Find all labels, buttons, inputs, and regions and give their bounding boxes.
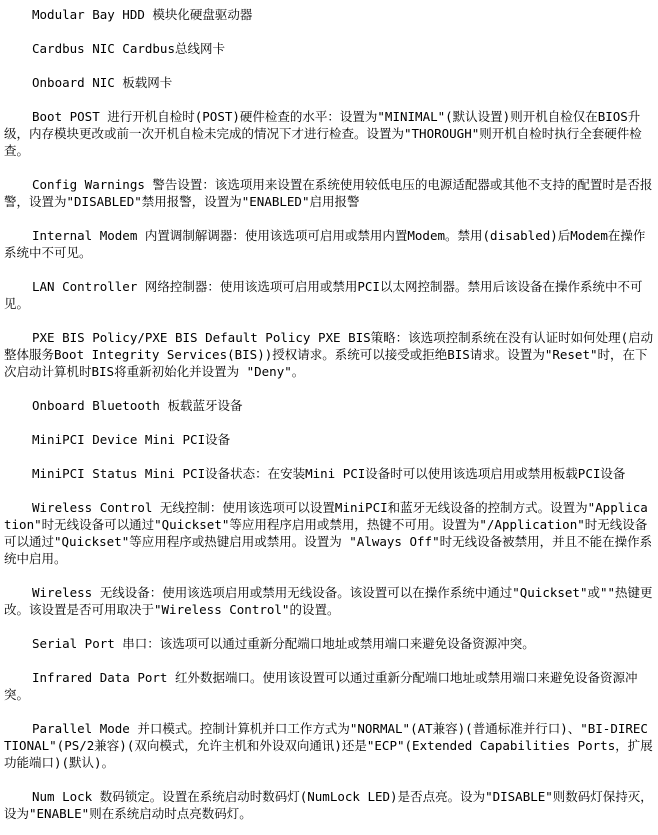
paragraph-onboard-bluetooth: Onboard Bluetooth 板载蓝牙设备 bbox=[4, 397, 654, 414]
paragraph-config-warnings: Config Warnings 警告设置：该选项用来设置在系统使用较低电压的电源… bbox=[4, 176, 654, 210]
paragraph-lan-controller: LAN Controller 网络控制器：使用该选项可启用或禁用PCI以太网控制… bbox=[4, 278, 654, 312]
paragraph-modular-bay-hdd: Modular Bay HDD 模块化硬盘驱动器 bbox=[4, 6, 654, 23]
paragraph-boot-post: Boot POST 进行开机自检时(POST)硬件检查的水平：设置为"MINIM… bbox=[4, 108, 654, 159]
paragraph-internal-modem: Internal Modem 内置调制解调器：使用该选项可启用或禁用内置Mode… bbox=[4, 227, 654, 261]
paragraph-parallel-mode: Parallel Mode 并口模式。控制计算机并口工作方式为"NORMAL"(… bbox=[4, 720, 654, 771]
paragraph-onboard-nic: Onboard NIC 板载网卡 bbox=[4, 74, 654, 91]
paragraph-num-lock: Num Lock 数码锁定。设置在系统启动时数码灯(NumLock LED)是否… bbox=[4, 788, 654, 822]
paragraph-pxe-bis-policy: PXE BIS Policy/PXE BIS Default Policy PX… bbox=[4, 329, 654, 380]
paragraph-infrared-data-port: Infrared Data Port 红外数据端口。使用该设置可以通过重新分配端… bbox=[4, 669, 654, 703]
paragraph-minipci-status: MiniPCI Status Mini PCI设备状态：在安装Mini PCI设… bbox=[4, 465, 654, 482]
paragraph-minipci-device: MiniPCI Device Mini PCI设备 bbox=[4, 431, 654, 448]
paragraph-cardbus-nic: Cardbus NIC Cardbus总线网卡 bbox=[4, 40, 654, 57]
paragraph-serial-port: Serial Port 串口：该选项可以通过重新分配端口地址或禁用端口来避免设备… bbox=[4, 635, 654, 652]
document-body: Modular Bay HDD 模块化硬盘驱动器 Cardbus NIC Car… bbox=[0, 0, 658, 822]
paragraph-wireless: Wireless 无线设备：使用该选项启用或禁用无线设备。该设置可以在操作系统中… bbox=[4, 584, 654, 618]
paragraph-wireless-control: Wireless Control 无线控制：使用该选项可以设置MiniPCI和蓝… bbox=[4, 499, 654, 567]
